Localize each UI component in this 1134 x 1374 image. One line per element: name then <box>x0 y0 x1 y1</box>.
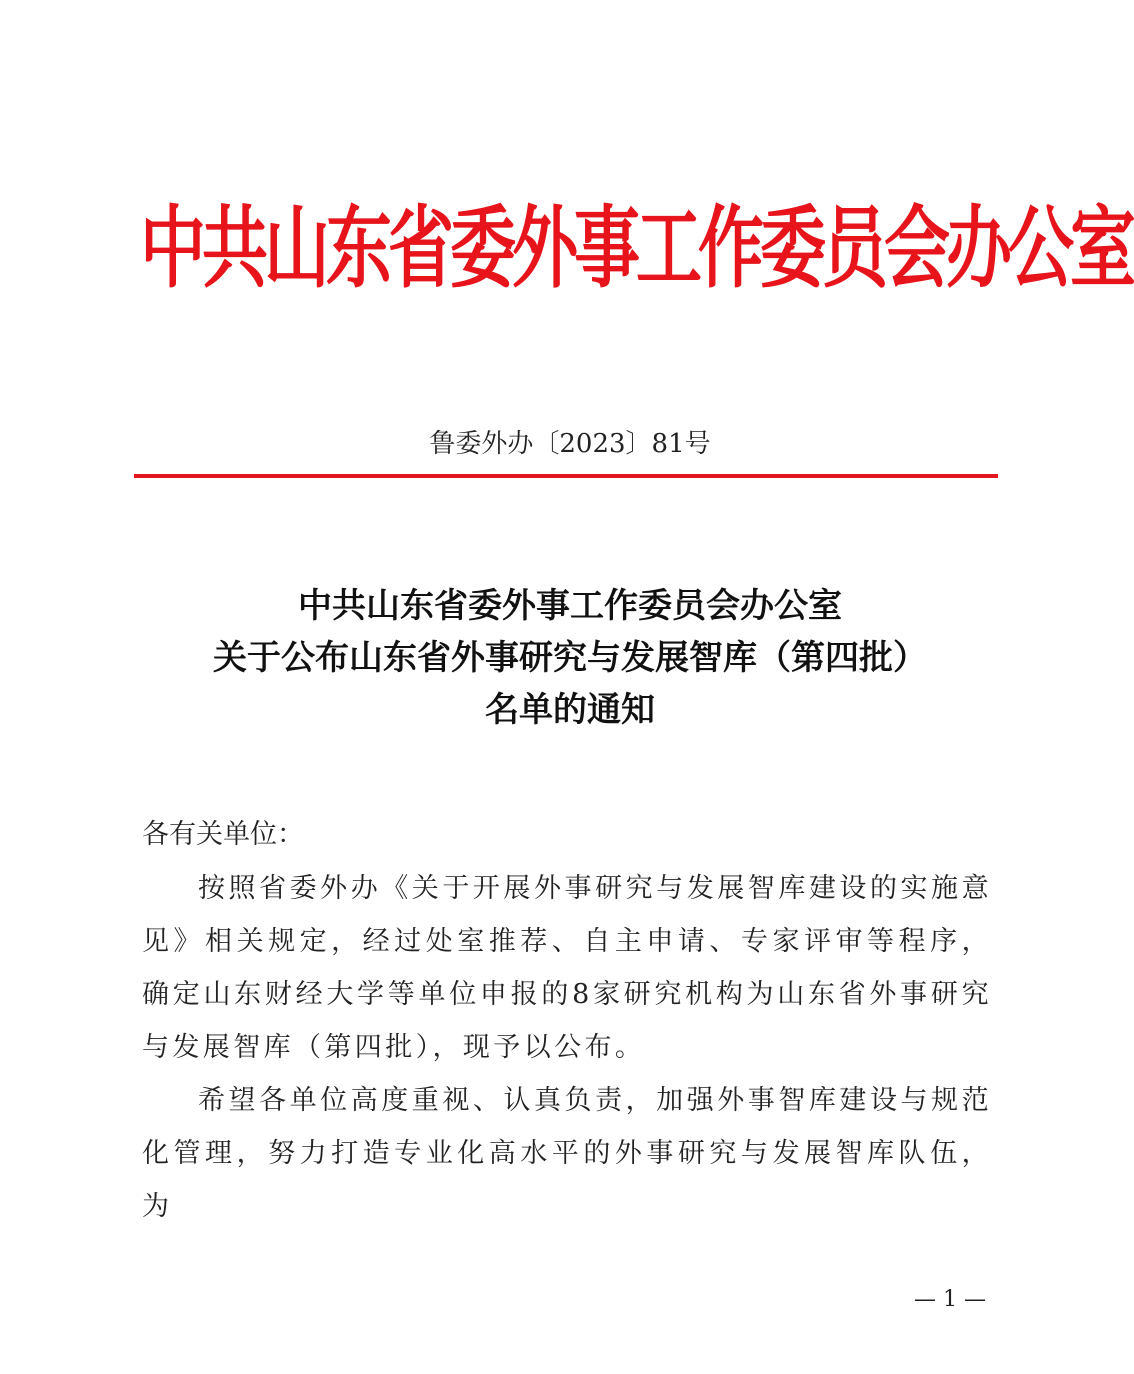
page-number: — 1 — <box>880 1282 1020 1318</box>
title-line-2: 关于公布山东省外事研究与发展智库（第四批） <box>130 632 1010 684</box>
masthead-red-header: 中共山东省委外事工作委员会办公室 <box>140 167 1000 329</box>
body-paragraph: 按照省委外办《关于开展外事研究与发展智库建设的实施意见》相关规定，经过处室推荐、… <box>142 862 992 1074</box>
document-body: 各有关单位： 按照省委外办《关于开展外事研究与发展智库建设的实施意见》相关规定，… <box>142 808 992 1233</box>
document-title: 中共山东省委外事工作委员会办公室 关于公布山东省外事研究与发展智库（第四批） 名… <box>130 580 1010 736</box>
title-line-3: 名单的通知 <box>130 684 1010 736</box>
document-number: 鲁委外办〔2023〕81号 <box>130 424 1010 464</box>
title-line-1: 中共山东省委外事工作委员会办公室 <box>130 580 1010 632</box>
document-page: 中共山东省委外事工作委员会办公室 鲁委外办〔2023〕81号 中共山东省委外事工… <box>0 0 1134 1374</box>
salutation: 各有关单位： <box>142 808 992 862</box>
body-paragraph: 希望各单位高度重视、认真负责，加强外事智库建设与规范化管理，努力打造专业化高水平… <box>142 1074 992 1233</box>
red-separator-line <box>134 474 998 478</box>
